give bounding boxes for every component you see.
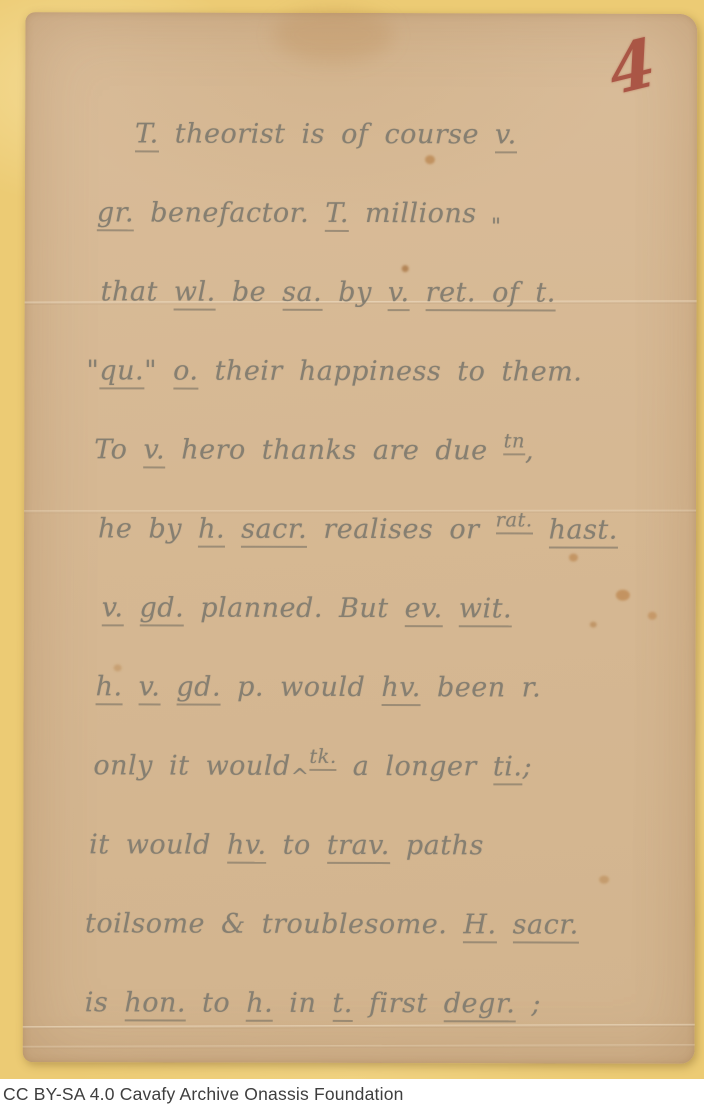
handwriting-segment: gr. [97, 197, 134, 231]
paper-fold-crease [23, 1044, 695, 1049]
handwriting-segment: hv. [227, 830, 267, 864]
manuscript-sheet: 4 T. theorist is of course v.gr. benefac… [23, 12, 698, 1064]
handwriting-segment: wit. [459, 593, 512, 627]
handwriting-segment [123, 671, 139, 702]
handwriting-segment: v. [495, 119, 517, 153]
handwriting-segment: " [477, 214, 502, 239]
handwriting-segment: o. [173, 356, 198, 390]
handwriting-segment: only it would [93, 750, 290, 782]
handwriting-segment: ^ [291, 765, 310, 790]
licence-caption-text: CC BY-SA 4.0 Cavafy Archive Onassis Foun… [0, 1084, 404, 1105]
handwriting-segment: to [186, 988, 246, 1019]
handwriting-segment: tk. [309, 745, 336, 771]
handwriting-segment: he by [98, 513, 198, 544]
handwriting-segment: by [322, 277, 388, 308]
handwriting-segment: it would [89, 829, 227, 860]
handwriting-segment: hero thanks are due [165, 434, 504, 466]
handwriting-segment: first [353, 988, 444, 1019]
handwriting-segment: " [144, 355, 173, 386]
handwriting-segment [532, 514, 548, 545]
manuscript-line: T. theorist is of course v. [83, 94, 681, 175]
handwriting-segment: trav. [327, 830, 390, 864]
handwriting-segment: ; [515, 988, 541, 1019]
handwriting-segment: v. [388, 277, 410, 311]
manuscript-line: is hon. to h. in t. first degr. ; [81, 963, 679, 1044]
handwriting-segment: that [101, 276, 174, 307]
handwriting-segment: hon. [124, 987, 186, 1021]
handwriting-segment: ti. [493, 751, 523, 785]
manuscript-line: toilsome & troublesome. H. sacr. [81, 884, 679, 965]
handwriting-segment: is [85, 987, 125, 1018]
handwriting-segment: rat. [496, 508, 533, 534]
manuscript-line: gr. benefactor. T. millions " [83, 173, 681, 254]
handwriting-segment: sacr. [241, 514, 307, 548]
manuscript-line: "qu." o. their happiness to them. [82, 331, 680, 412]
handwriting-segment [160, 671, 176, 702]
handwriting-segment: realises or [307, 514, 495, 545]
handwriting-segment: hv. [381, 672, 421, 706]
handwriting-segment: h. [246, 988, 273, 1022]
handwriting-segment: a longer [337, 751, 493, 782]
handwriting-segment [443, 593, 459, 624]
handwriting-segment: qu. [99, 355, 144, 389]
handwriting-segment [225, 514, 241, 545]
handwriting-segment [497, 909, 513, 940]
handwriting-segment: To [94, 434, 143, 465]
handwriting-segment: toilsome & troublesome. [85, 908, 464, 940]
handwriting-segment: wl. [174, 277, 216, 311]
handwriting-segment: v. [102, 592, 124, 626]
handwriting-segment: T. [135, 118, 159, 152]
handwriting-segment: been r. [421, 672, 541, 703]
manuscript-lines: T. theorist is of course v.gr. benefacto… [81, 94, 681, 1044]
handwriting-segment: p. would [221, 672, 381, 703]
handwriting-segment: gd. [140, 592, 185, 626]
manuscript-line: To v. hero thanks are due tn, [82, 410, 680, 491]
handwriting-segment: h. [198, 514, 225, 548]
handwriting-segment: , [525, 435, 534, 466]
photograph-area: 4 T. theorist is of course v.gr. benefac… [0, 0, 704, 1079]
handwriting-segment: theorist is of course [159, 118, 495, 150]
handwriting-segment: sacr. [513, 909, 579, 943]
handwriting-segment: sa. [282, 277, 322, 311]
manuscript-line: v. gd. planned. But ev. wit. [82, 568, 680, 649]
handwriting-segment: be [216, 277, 283, 308]
handwriting-segment: tn [504, 429, 525, 455]
manuscript-line: he by h. sacr. realises or rat. hast. [82, 489, 680, 570]
manuscript-line: only it would^tk. a longer ti.; [81, 726, 679, 807]
handwriting-segment: h. [96, 671, 123, 705]
handwriting-segment: to [267, 830, 327, 861]
handwriting-segment: ev. [405, 593, 443, 627]
handwriting-segment: ret. of t. [426, 277, 556, 311]
handwriting-segment: gd. [176, 672, 221, 706]
manuscript-line: h. v. gd. p. would hv. been r. [82, 647, 680, 728]
handwriting-segment: T. [325, 198, 349, 232]
manuscript-line: that wl. be sa. by v. ret. of t. [83, 252, 681, 333]
handwriting-segment: hast. [549, 514, 618, 548]
handwriting-segment: ; [522, 751, 532, 782]
manuscript-line: it would hv. to trav. paths [81, 805, 679, 886]
handwriting-segment: in [273, 988, 332, 1019]
handwriting-segment: " [86, 355, 99, 386]
handwriting-segment: benefactor. [134, 197, 325, 229]
handwriting-segment: millions [349, 198, 477, 229]
handwriting-segment: their happiness to them. [198, 356, 582, 388]
handwriting-segment: paths [390, 830, 484, 861]
handwriting-segment: v. [139, 671, 161, 705]
handwriting-segment: t. [332, 988, 353, 1022]
paper-stain [273, 7, 393, 63]
handwriting-segment: planned. But [184, 593, 405, 625]
handwriting-segment: v. [143, 434, 165, 468]
handwriting-segment [410, 277, 426, 308]
handwriting-segment [123, 592, 139, 623]
handwriting-segment: H. [463, 909, 496, 943]
licence-caption-bar: CC BY-SA 4.0 Cavafy Archive Onassis Foun… [0, 1079, 704, 1110]
handwriting-segment: degr. [444, 988, 516, 1022]
